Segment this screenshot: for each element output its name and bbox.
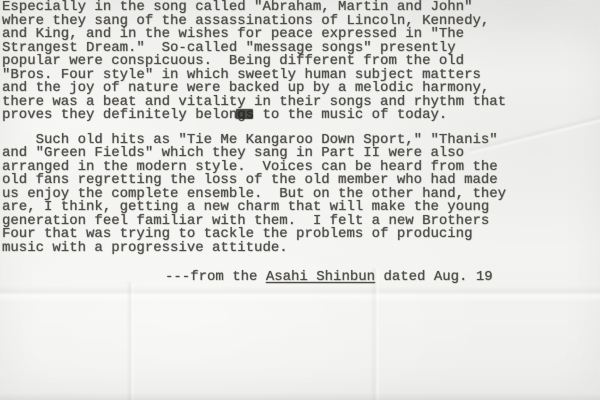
attribution-suffix: dated Aug. 19 (375, 269, 493, 285)
attribution-prefix: ---from the (165, 269, 266, 285)
attribution-line: ---from the Asahi Shinbun dated Aug. 19 (165, 271, 598, 285)
vertical-crease-right (370, 268, 380, 400)
page-bottom-edge-shadow (0, 393, 600, 400)
document-page: Especially in the song called "Abraham, … (0, 0, 600, 400)
typed-text-block: Especially in the song called "Abraham, … (2, 1, 598, 285)
typed-paragraph-1: Especially in the song called "Abraham, … (2, 1, 598, 123)
typed-line: proves they definitely belongs to the mu… (2, 109, 598, 123)
typed-paragraph-2: Such old hits as "Tie Me Kangaroo Down S… (2, 134, 598, 256)
typewriter-overstrike-mark (236, 109, 253, 119)
attribution-source: Asahi Shinbun (266, 269, 375, 285)
horizontal-fold-crease (0, 286, 600, 302)
vertical-crease-left (126, 282, 135, 400)
typed-line: music with a progressive attitude. (2, 242, 598, 256)
